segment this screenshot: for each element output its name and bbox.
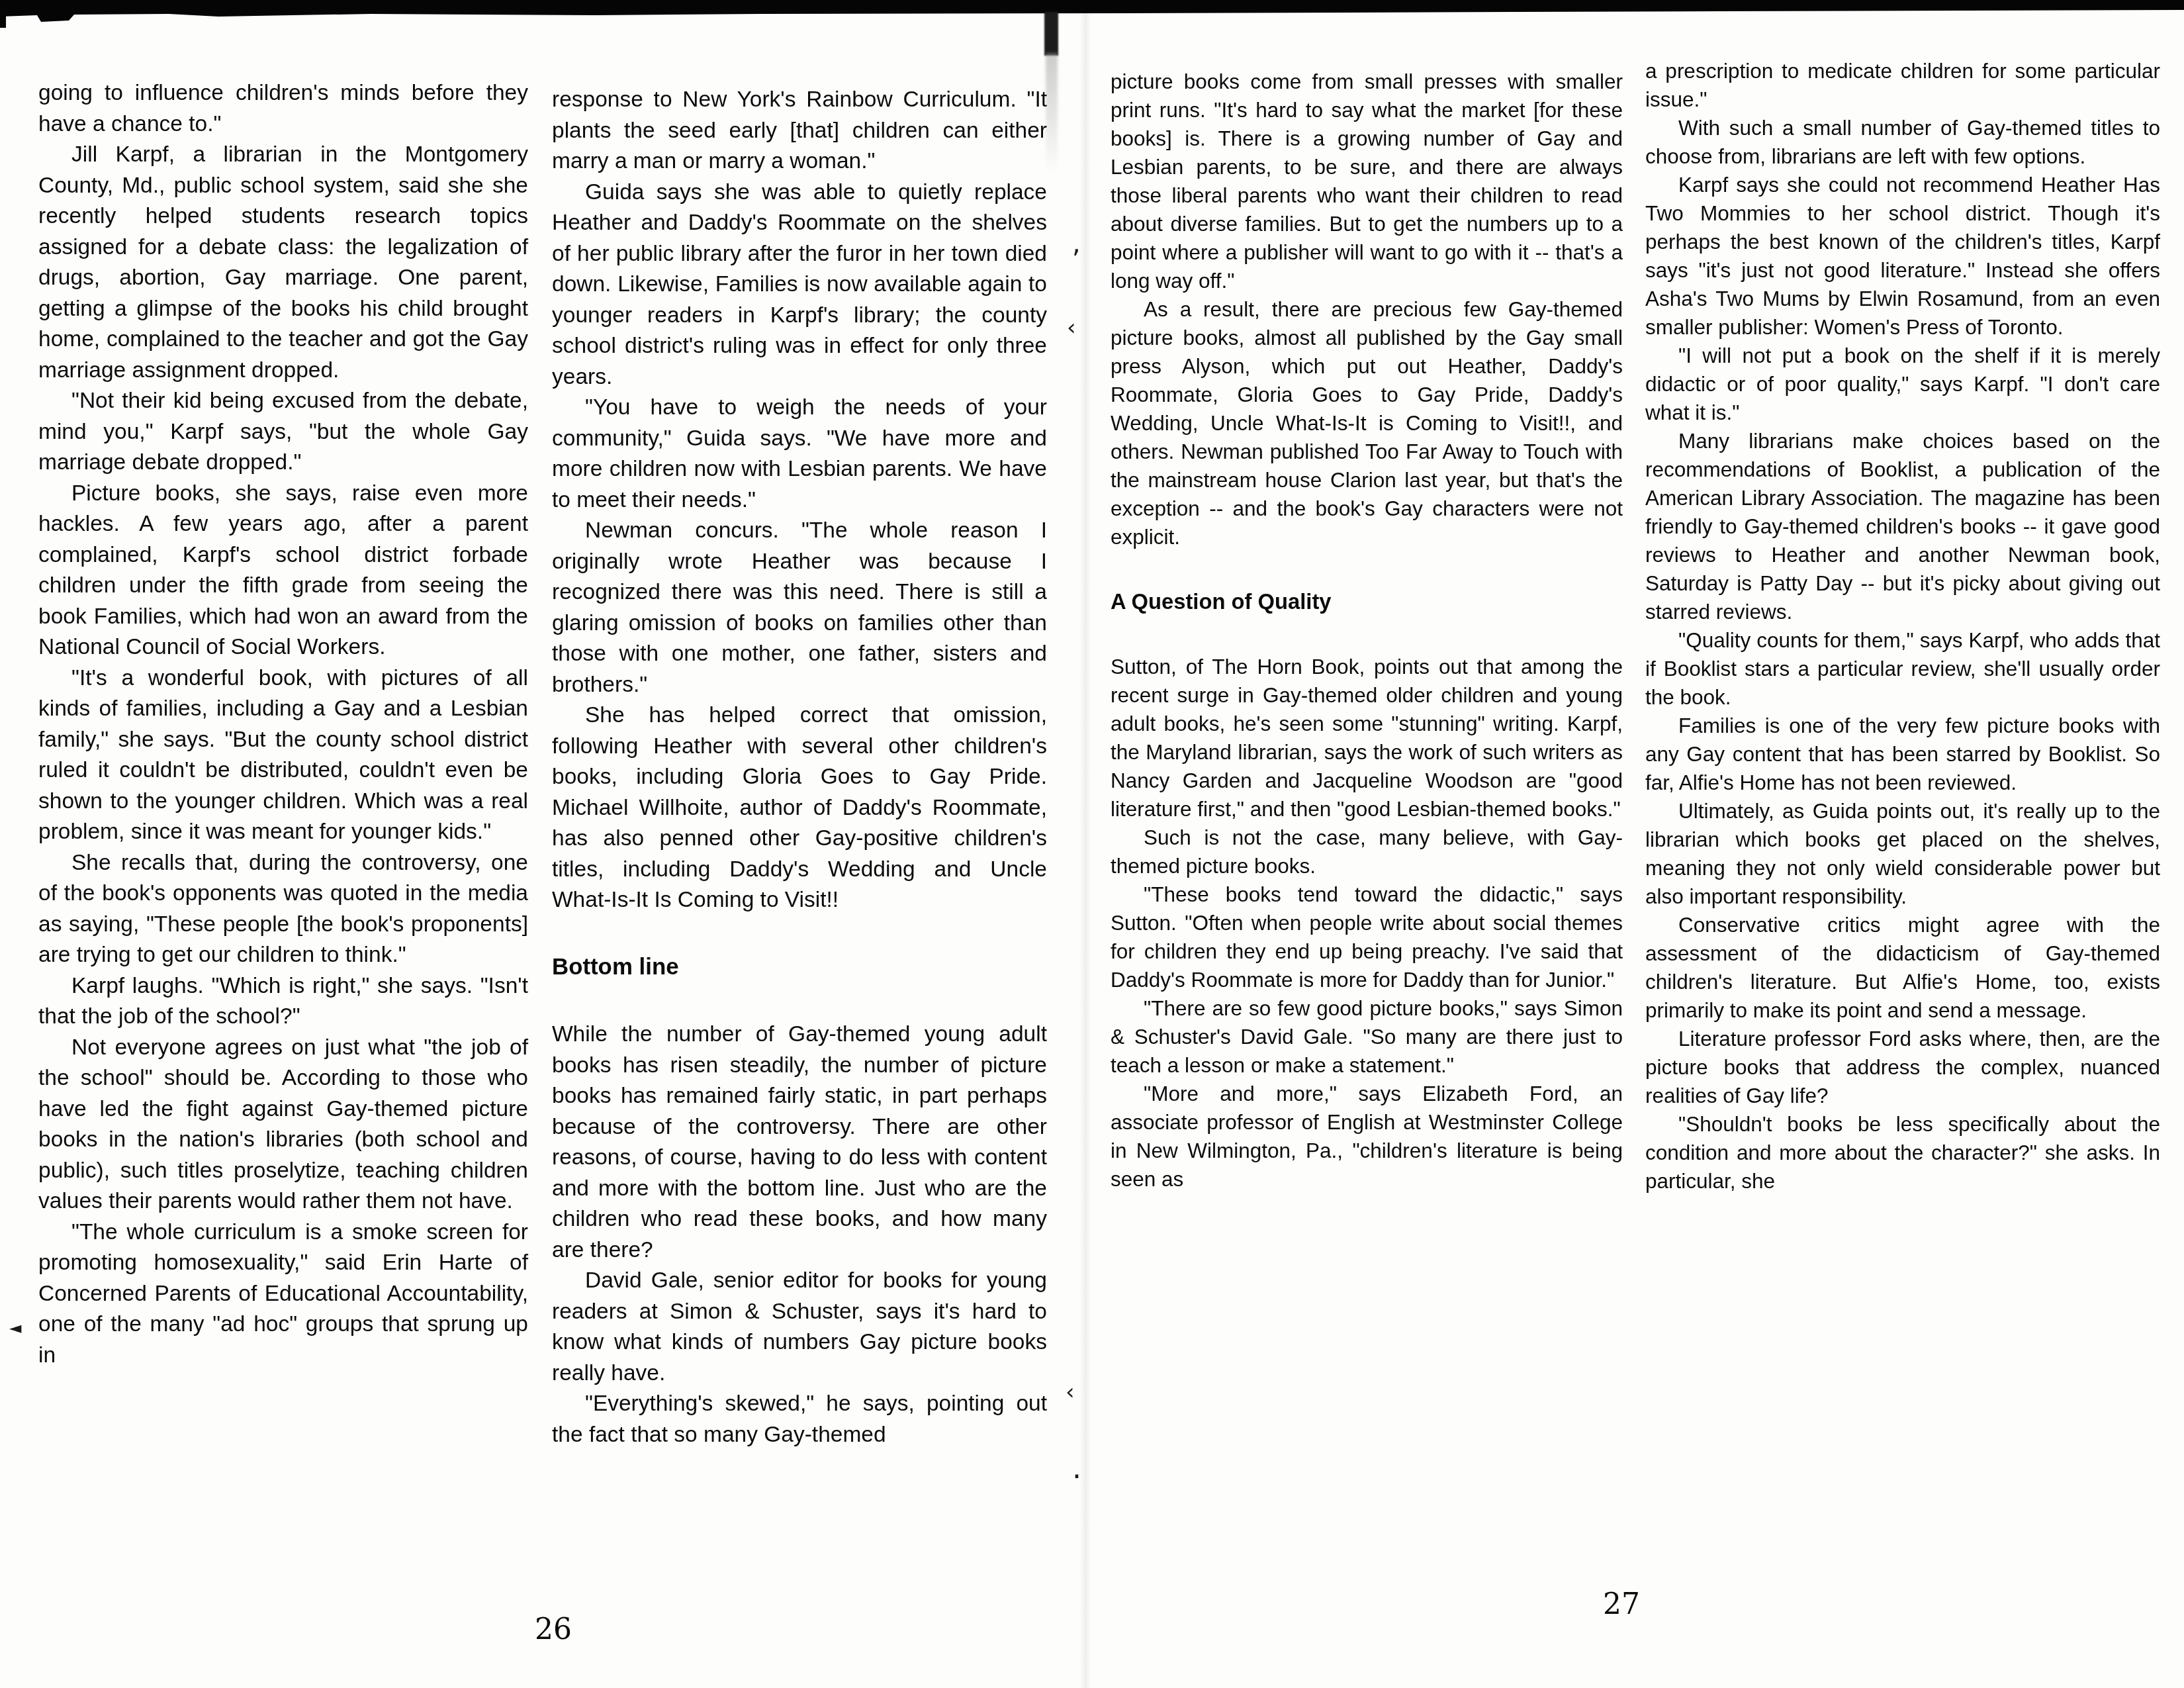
article-paragraph: Guida says she was able to quietly repla…: [552, 177, 1047, 393]
scan-edge-mark: [0, 0, 6, 28]
article-paragraph: Picture books, she says, raise even more…: [38, 479, 528, 663]
article-paragraph: response to New York's Rainbow Curriculu…: [552, 85, 1047, 177]
article-column-page27-left: picture books come from small presses wi…: [1111, 68, 1623, 1194]
article-paragraph: Not everyone agrees on just what "the jo…: [38, 1033, 528, 1217]
article-paragraph: Newman concurs. "The whole reason I orig…: [552, 516, 1047, 700]
article-paragraph: "More and more," says Elizabeth Ford, an…: [1111, 1080, 1623, 1194]
scan-gutter-smudge-fade: [1046, 53, 1058, 172]
article-paragraph: With such a small number of Gay-themed t…: [1645, 114, 2160, 171]
scan-black-edge-bar: [0, 0, 2184, 24]
article-paragraph: "It's a wonderful book, with pictures of…: [38, 663, 528, 848]
article-paragraph: As a result, there are precious few Gay-…: [1111, 295, 1623, 551]
article-paragraph: Literature professor Ford asks where, th…: [1645, 1025, 2160, 1110]
section-heading: Bottom line: [552, 952, 1047, 983]
article-paragraph: She has helped correct that omission, fo…: [552, 700, 1047, 916]
scan-speck-icon: ◄: [9, 1320, 21, 1336]
article-paragraph: "Quality counts for them," says Karpf, w…: [1645, 626, 2160, 712]
article-paragraph: a prescription to medicate children for …: [1645, 57, 2160, 114]
article-paragraph: Karpf says she could not recommend Heath…: [1645, 171, 2160, 342]
article-column-page26-right: response to New York's Rainbow Curriculu…: [552, 85, 1047, 1450]
article-paragraph: "These books tend toward the didactic," …: [1111, 880, 1623, 994]
article-paragraph: "Shouldn't books be less specifically ab…: [1645, 1110, 2160, 1196]
scan-speck-icon: ,: [1072, 230, 1081, 257]
scan-gutter-smudge: [1044, 12, 1058, 56]
article-paragraph: While the number of Gay-themed young adu…: [552, 1019, 1047, 1266]
article-paragraph: She recalls that, during the controversy…: [38, 848, 528, 971]
article-paragraph: picture books come from small presses wi…: [1111, 68, 1623, 295]
scan-speck-icon: ·: [1072, 1463, 1081, 1492]
scan-speck-icon: ‹: [1067, 316, 1076, 339]
article-paragraph: Ultimately, as Guida points out, it's re…: [1645, 797, 2160, 911]
page-number-26: 26: [535, 1613, 572, 1646]
article-paragraph: "Everything's skewed," he says, pointing…: [552, 1389, 1047, 1450]
article-column-page26-left: going to influence children's minds befo…: [38, 78, 528, 1371]
article-paragraph: Such is not the case, many believe, with…: [1111, 823, 1623, 880]
article-paragraph: "Not their kid being excused from the de…: [38, 386, 528, 479]
article-column-page27-right: a prescription to medicate children for …: [1645, 57, 2160, 1196]
page-fold-shadow: [1080, 0, 1091, 1688]
article-paragraph: Sutton, of The Horn Book, points out tha…: [1111, 653, 1623, 823]
article-paragraph: Conservative critics might agree with th…: [1645, 911, 2160, 1025]
article-paragraph: "I will not put a book on the shelf if i…: [1645, 342, 2160, 427]
article-paragraph: David Gale, senior editor for books for …: [552, 1266, 1047, 1389]
section-heading: A Question of Quality: [1111, 587, 1623, 616]
article-paragraph: "You have to weigh the needs of your com…: [552, 393, 1047, 516]
scanned-document-page: going to influence children's minds befo…: [0, 0, 2184, 1688]
article-paragraph: Karpf laughs. "Which is right," she says…: [38, 971, 528, 1033]
article-paragraph: Many librarians make choices based on th…: [1645, 427, 2160, 626]
article-paragraph: "The whole curriculum is a smoke screen …: [38, 1217, 528, 1372]
article-paragraph: Families is one of the very few picture …: [1645, 712, 2160, 797]
scan-speck-icon: ‹: [1066, 1381, 1075, 1403]
article-paragraph: going to influence children's minds befo…: [38, 78, 528, 140]
article-paragraph: "There are so few good picture books," s…: [1111, 994, 1623, 1080]
page-number-27: 27: [1603, 1587, 1640, 1621]
article-paragraph: Jill Karpf, a librarian in the Montgomer…: [38, 140, 528, 386]
